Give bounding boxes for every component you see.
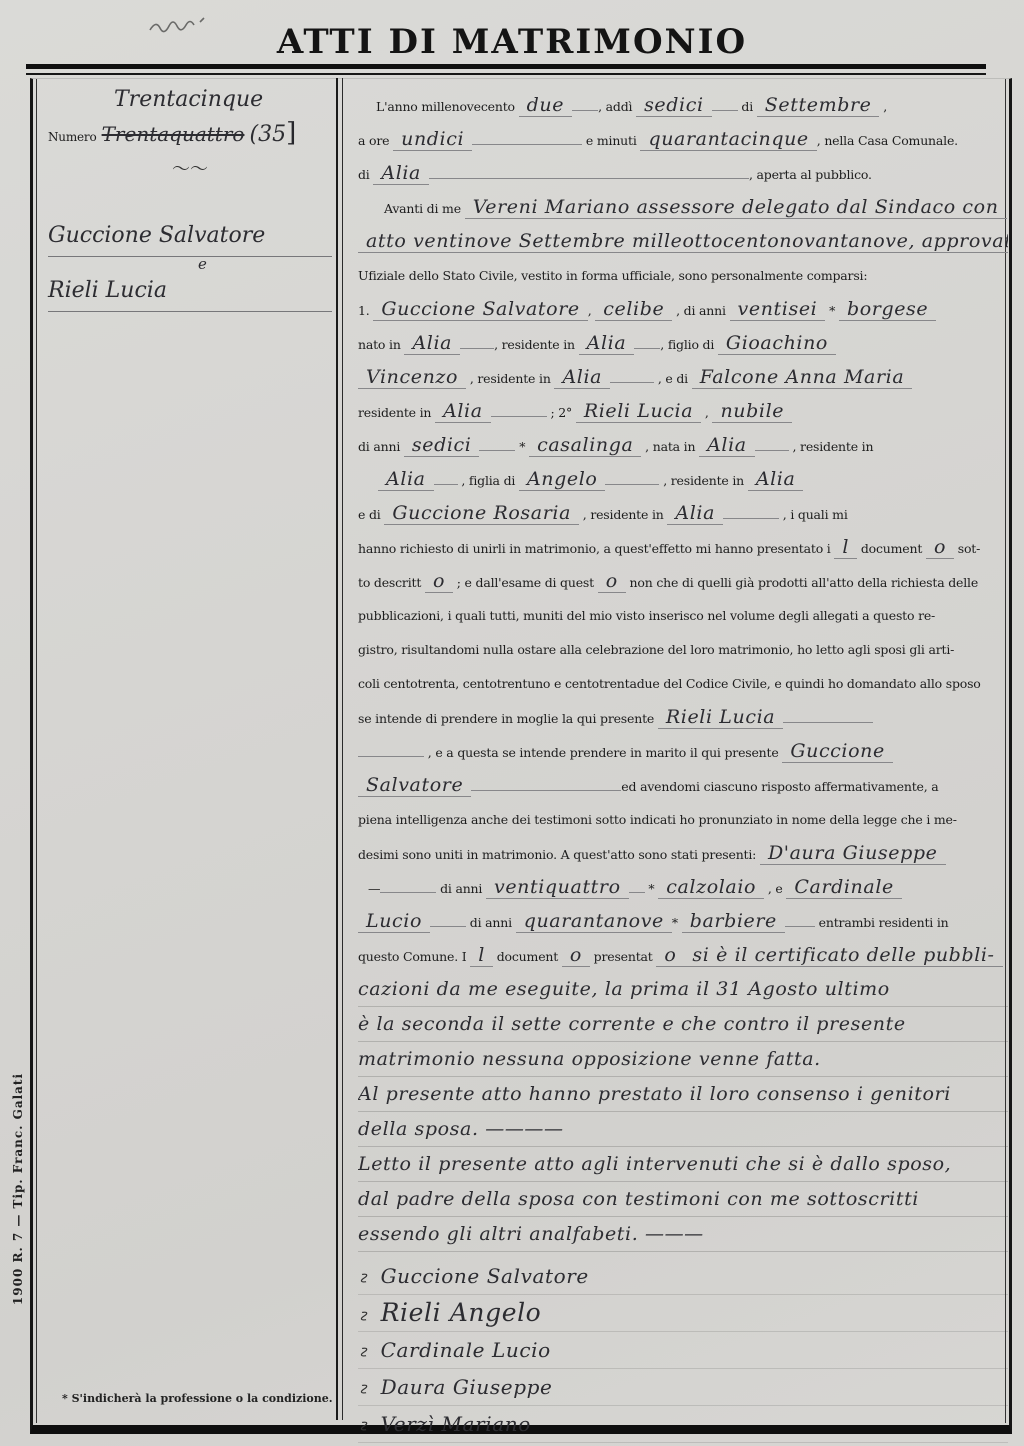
blank-rule xyxy=(634,335,660,349)
body-line: a ore undici e minuti quarantacinque, ne… xyxy=(358,122,1008,156)
margin-column: Trentacinque Numero Trentaquattro (35] 〜… xyxy=(48,84,332,312)
blank-rule xyxy=(723,505,779,519)
printed-text: , e a questa se intende prendere in mari… xyxy=(424,745,782,760)
printed-text: — xyxy=(368,881,380,896)
printed-text: ; 2° xyxy=(547,405,576,420)
handwritten-text: sedici xyxy=(636,94,712,117)
body-line: coli centotrenta, centotrentuno e centot… xyxy=(358,666,1008,700)
body-line: Lucio di anni quarantanove* barbiere ent… xyxy=(358,904,1008,938)
printed-text: a ore xyxy=(358,133,393,148)
handwritten-text: Alia xyxy=(404,332,460,355)
printed-text: desimi sono uniti in matrimonio. A quest… xyxy=(358,847,760,862)
blank-rule xyxy=(629,879,645,893)
printed-text: , e di xyxy=(654,371,692,386)
margin-groom-name: Guccione Salvatore xyxy=(48,216,332,257)
handwritten-text: due xyxy=(519,94,572,117)
printed-text: , residente in xyxy=(579,507,667,522)
printed-text: Avanti di me xyxy=(384,201,465,216)
blank-rule xyxy=(472,131,582,145)
body-lines: L'anno millenovecento due, addì sedici d… xyxy=(358,88,1008,1252)
body-line: atto ventinove Settembre milleottocenton… xyxy=(358,224,1008,258)
handwritten-text: Rieli Lucia xyxy=(658,706,783,729)
signature-block: ∿Guccione Salvatore∿Rieli Angelo∿Cardina… xyxy=(358,1258,1008,1443)
blank-rule xyxy=(755,437,789,451)
handwritten-text: ventiquattro xyxy=(486,876,629,899)
act-body: L'anno millenovecento due, addì sedici d… xyxy=(358,88,1008,1443)
body-line: 1. Guccione Salvatore, celibe , di anni … xyxy=(358,292,1008,326)
blank-rule xyxy=(785,913,815,927)
handwritten-text: o xyxy=(562,944,590,967)
signature-name: Rieli Angelo xyxy=(381,1298,542,1327)
handwritten-text: è la seconda il sette corrente e che con… xyxy=(358,1013,906,1035)
printed-text: * xyxy=(645,881,659,896)
header-rule xyxy=(26,64,986,75)
handwritten-text: Al presente atto hanno prestato il loro … xyxy=(358,1083,951,1105)
marriage-act-page: ATTI DI MATRIMONIO Trentacinque Numero T… xyxy=(0,0,1024,1446)
signature-row: ∿Guccione Salvatore xyxy=(358,1258,1008,1295)
blank-rule xyxy=(712,97,738,111)
printed-text: , aperta al pubblico. xyxy=(749,167,872,182)
handwritten-text: Settembre xyxy=(757,94,880,117)
printed-text: to descritt xyxy=(358,575,425,590)
body-line: desimi sono uniti in matrimonio. A quest… xyxy=(358,836,1008,870)
signature-row: ∿Cardinale Lucio xyxy=(358,1332,1008,1369)
printed-text: entrambi residenti in xyxy=(815,915,949,930)
body-line: Avanti di me Vereni Mariano assessore de… xyxy=(358,190,1008,224)
printed-text: , i quali mi xyxy=(779,507,848,522)
handwritten-text: della sposa. ———— xyxy=(358,1118,564,1140)
handwritten-text: l xyxy=(470,944,493,967)
handwritten-text: calzolaio xyxy=(658,876,764,899)
margin-divider xyxy=(336,78,343,1420)
blank-rule xyxy=(430,913,466,927)
printed-text: * xyxy=(672,915,682,930)
handwritten-text: borgese xyxy=(839,298,936,321)
handwritten-text: Rieli Lucia xyxy=(576,400,701,423)
handwritten-text: matrimonio nessuna opposizione venne fat… xyxy=(358,1048,821,1070)
blank-rule xyxy=(429,165,749,179)
printed-text: piena intelligenza anche dei testimoni s… xyxy=(358,812,957,827)
handwritten-text: barbiere xyxy=(682,910,785,933)
flourish-mark: 〜〜 xyxy=(48,150,332,190)
handwritten-text: Salvatore xyxy=(358,774,471,797)
handwritten-text: Gioachino xyxy=(718,332,836,355)
handwritten-text: essendo gli altri analfabeti. ——— xyxy=(358,1223,704,1245)
handwritten-text: l xyxy=(834,536,857,559)
printed-text: , figlio di xyxy=(660,337,718,352)
body-line: della sposa. ———— xyxy=(358,1112,1008,1147)
handwritten-text: casalinga xyxy=(529,434,641,457)
printed-text: * xyxy=(515,439,529,454)
printed-text: non che di quelli già prodotti all'atto … xyxy=(626,575,978,590)
printed-text: residente in xyxy=(358,405,435,420)
handwritten-text: Alia xyxy=(667,502,723,525)
body-line: gistro, risultandomi nulla ostare alla c… xyxy=(358,632,1008,666)
body-line: essendo gli altri analfabeti. ——— xyxy=(358,1217,1008,1252)
printed-text: document xyxy=(493,949,562,964)
body-line: to descritt o ; e dall'esame di quest o … xyxy=(358,564,1008,598)
handwritten-text: ventisei xyxy=(730,298,826,321)
handwritten-text: Alia xyxy=(699,434,755,457)
body-line: Letto il presente atto agli intervenuti … xyxy=(358,1147,1008,1182)
signature-name: Verzì Mariano xyxy=(381,1412,531,1436)
blank-rule xyxy=(783,709,873,723)
printed-text: , nella Casa Comunale. xyxy=(817,133,958,148)
printed-text: questo Comune. I xyxy=(358,949,470,964)
handwritten-text: quarantanove xyxy=(516,910,672,933)
handwritten-text: Alia xyxy=(748,468,804,491)
printed-text: gistro, risultandomi nulla ostare alla c… xyxy=(358,642,954,657)
body-line: matrimonio nessuna opposizione venne fat… xyxy=(358,1042,1008,1077)
body-line: questo Comune. I l document o presentat … xyxy=(358,938,1008,972)
handwritten-text: quarantacinque xyxy=(640,128,816,151)
printed-text: di anni xyxy=(466,915,516,930)
printed-text: sot- xyxy=(954,541,980,556)
handwritten-text: Cardinale xyxy=(786,876,901,899)
handwritten-text: atto ventinove Settembre milleottocenton… xyxy=(358,230,1008,253)
body-line: cazioni da me eseguite, la prima il 31 A… xyxy=(358,972,1008,1007)
blank-rule xyxy=(380,879,436,893)
handwritten-text: Vereni Mariano assessore delegato dal Si… xyxy=(465,196,1007,219)
body-line: L'anno millenovecento due, addì sedici d… xyxy=(358,88,1008,122)
handwritten-text: Vincenzo xyxy=(358,366,466,389)
signature-name: Daura Giuseppe xyxy=(381,1375,553,1399)
handwritten-text: si è il certificato delle pubbli- xyxy=(684,944,1002,967)
printed-text: ed avendomi ciascuno risposto affermativ… xyxy=(621,779,938,794)
body-line: di anni sedici * casalinga , nata in Ali… xyxy=(358,428,1008,462)
handwritten-text: Alia xyxy=(435,400,491,423)
printed-text: L'anno millenovecento xyxy=(376,99,519,114)
body-line: se intende di prendere in moglie la qui … xyxy=(358,700,1008,734)
blank-rule xyxy=(610,369,654,383)
body-line: è la seconda il sette corrente e che con… xyxy=(358,1007,1008,1042)
body-line: piena intelligenza anche dei testimoni s… xyxy=(358,802,1008,836)
act-number-figure: (35 xyxy=(250,122,287,147)
blank-rule xyxy=(358,743,424,757)
act-number-bracket: ] xyxy=(286,118,296,148)
printed-text: , e xyxy=(764,881,786,896)
body-line: hanno richiesto di unirli in matrimonio,… xyxy=(358,530,1008,564)
handwritten-text: cazioni da me eseguite, la prima il 31 A… xyxy=(358,978,890,1000)
printed-text: pubblicazioni, i quali tutti, muniti del… xyxy=(358,608,935,623)
handwritten-text: Guccione Salvatore xyxy=(373,298,587,321)
handwritten-text: undici xyxy=(393,128,472,151)
body-line: nato in Alia, residente in Alia, figlio … xyxy=(358,326,1008,360)
printed-text: e di xyxy=(358,507,384,522)
blank-rule xyxy=(605,471,659,485)
margin-conjunction: e xyxy=(48,257,332,271)
act-number-label: Numero xyxy=(48,130,96,144)
printed-text: * xyxy=(825,303,839,318)
handwritten-text: nubile xyxy=(712,400,792,423)
signature-row: ∿Verzì Mariano xyxy=(358,1406,1008,1443)
page-title: ATTI DI MATRIMONIO xyxy=(0,22,1024,62)
blank-rule xyxy=(471,777,621,791)
blank-rule xyxy=(460,335,494,349)
signature-row: ∿Daura Giuseppe xyxy=(358,1369,1008,1406)
printed-text: , nata in xyxy=(641,439,699,454)
handwritten-text: Alia xyxy=(373,162,429,185)
body-line: Salvatoreed avendomi ciascuno risposto a… xyxy=(358,768,1008,802)
margin-bride-name: Rieli Lucia xyxy=(48,271,332,312)
handwritten-text: celibe xyxy=(595,298,672,321)
handwritten-text: Alia xyxy=(554,366,610,389)
printed-text: 1. xyxy=(358,303,373,318)
act-number-word-struck: Trentaquattro xyxy=(102,122,245,146)
body-line: Vincenzo , residente in Alia , e di Falc… xyxy=(358,360,1008,394)
handwritten-text: Letto il presente atto agli intervenuti … xyxy=(358,1153,951,1175)
printed-text: Ufiziale dello Stato Civile, vestito in … xyxy=(358,268,867,283)
blank-rule xyxy=(491,403,547,417)
printed-text: , xyxy=(701,405,712,420)
printed-text: , xyxy=(879,99,887,114)
printed-text: , residente in xyxy=(789,439,874,454)
printed-text: , residente in xyxy=(466,371,554,386)
printed-text: document xyxy=(857,541,926,556)
body-line: residente in Alia ; 2° Rieli Lucia , nub… xyxy=(358,394,1008,428)
printed-text: , residente in xyxy=(494,337,579,352)
body-line: dal padre della sposa con testimoni con … xyxy=(358,1182,1008,1217)
body-line: — di anni ventiquattro * calzolaio , e C… xyxy=(358,870,1008,904)
handwritten-text: Falcone Anna Maria xyxy=(692,366,913,389)
body-line: Al presente atto hanno prestato il loro … xyxy=(358,1077,1008,1112)
signature-name: Guccione Salvatore xyxy=(381,1264,589,1288)
signature-row: ∿Rieli Angelo xyxy=(358,1295,1008,1332)
act-number-row: Numero Trentaquattro (35] xyxy=(48,116,332,150)
printed-text: e minuti xyxy=(582,133,640,148)
printed-text: hanno richiesto di unirli in matrimonio,… xyxy=(358,541,834,556)
body-line: di Alia, aperta al pubblico. xyxy=(358,156,1008,190)
printed-text: presentat xyxy=(590,949,656,964)
printed-text: , figlia di xyxy=(458,473,519,488)
handwritten-text: Guccione Rosaria xyxy=(384,502,579,525)
printed-text: , residente in xyxy=(659,473,747,488)
printed-text: di anni xyxy=(436,881,486,896)
profession-footnote: * S'indicherà la professione o la condiz… xyxy=(62,1392,342,1405)
handwritten-text: D'aura Giuseppe xyxy=(760,842,946,865)
blank-rule xyxy=(434,471,458,485)
printed-text: se intende di prendere in moglie la qui … xyxy=(358,711,658,726)
printed-text: di anni xyxy=(358,439,404,454)
printed-text: ; e dall'esame di quest xyxy=(453,575,598,590)
handwritten-text: o xyxy=(926,536,954,559)
body-line: Alia , figlia di Angelo , residente in A… xyxy=(358,462,1008,496)
body-line: e di Guccione Rosaria , residente in Ali… xyxy=(358,496,1008,530)
handwritten-text: sedici xyxy=(404,434,480,457)
blank-rule xyxy=(479,437,515,451)
printed-text: coli centotrenta, centotrentuno e centot… xyxy=(358,676,981,691)
handwritten-text: Angelo xyxy=(519,468,605,491)
handwritten-text: o xyxy=(598,570,626,593)
handwritten-text: o xyxy=(425,570,453,593)
body-line: Ufiziale dello Stato Civile, vestito in … xyxy=(358,258,1008,292)
printer-mark: 1900 R. 7 — Tip. Franc. Galati xyxy=(11,1059,25,1319)
printed-text: nato in xyxy=(358,337,404,352)
blank-rule xyxy=(572,97,598,111)
act-number-word-corrected: Trentacinque xyxy=(48,84,332,116)
handwritten-text: Guccione xyxy=(782,740,893,763)
handwritten-text: Alia xyxy=(579,332,635,355)
handwritten-text: Alia xyxy=(378,468,434,491)
printed-text: , di anni xyxy=(672,303,729,318)
printed-text: di xyxy=(358,167,373,182)
printed-text: di xyxy=(738,99,757,114)
handwritten-text: dal padre della sposa con testimoni con … xyxy=(358,1188,919,1210)
body-line: pubblicazioni, i quali tutti, muniti del… xyxy=(358,598,1008,632)
body-line: , e a questa se intende prendere in mari… xyxy=(358,734,1008,768)
handwritten-text: Lucio xyxy=(358,910,430,933)
printed-text: , addì xyxy=(598,99,636,114)
handwritten-text: o xyxy=(656,944,684,967)
signature-name: Cardinale Lucio xyxy=(381,1338,551,1362)
